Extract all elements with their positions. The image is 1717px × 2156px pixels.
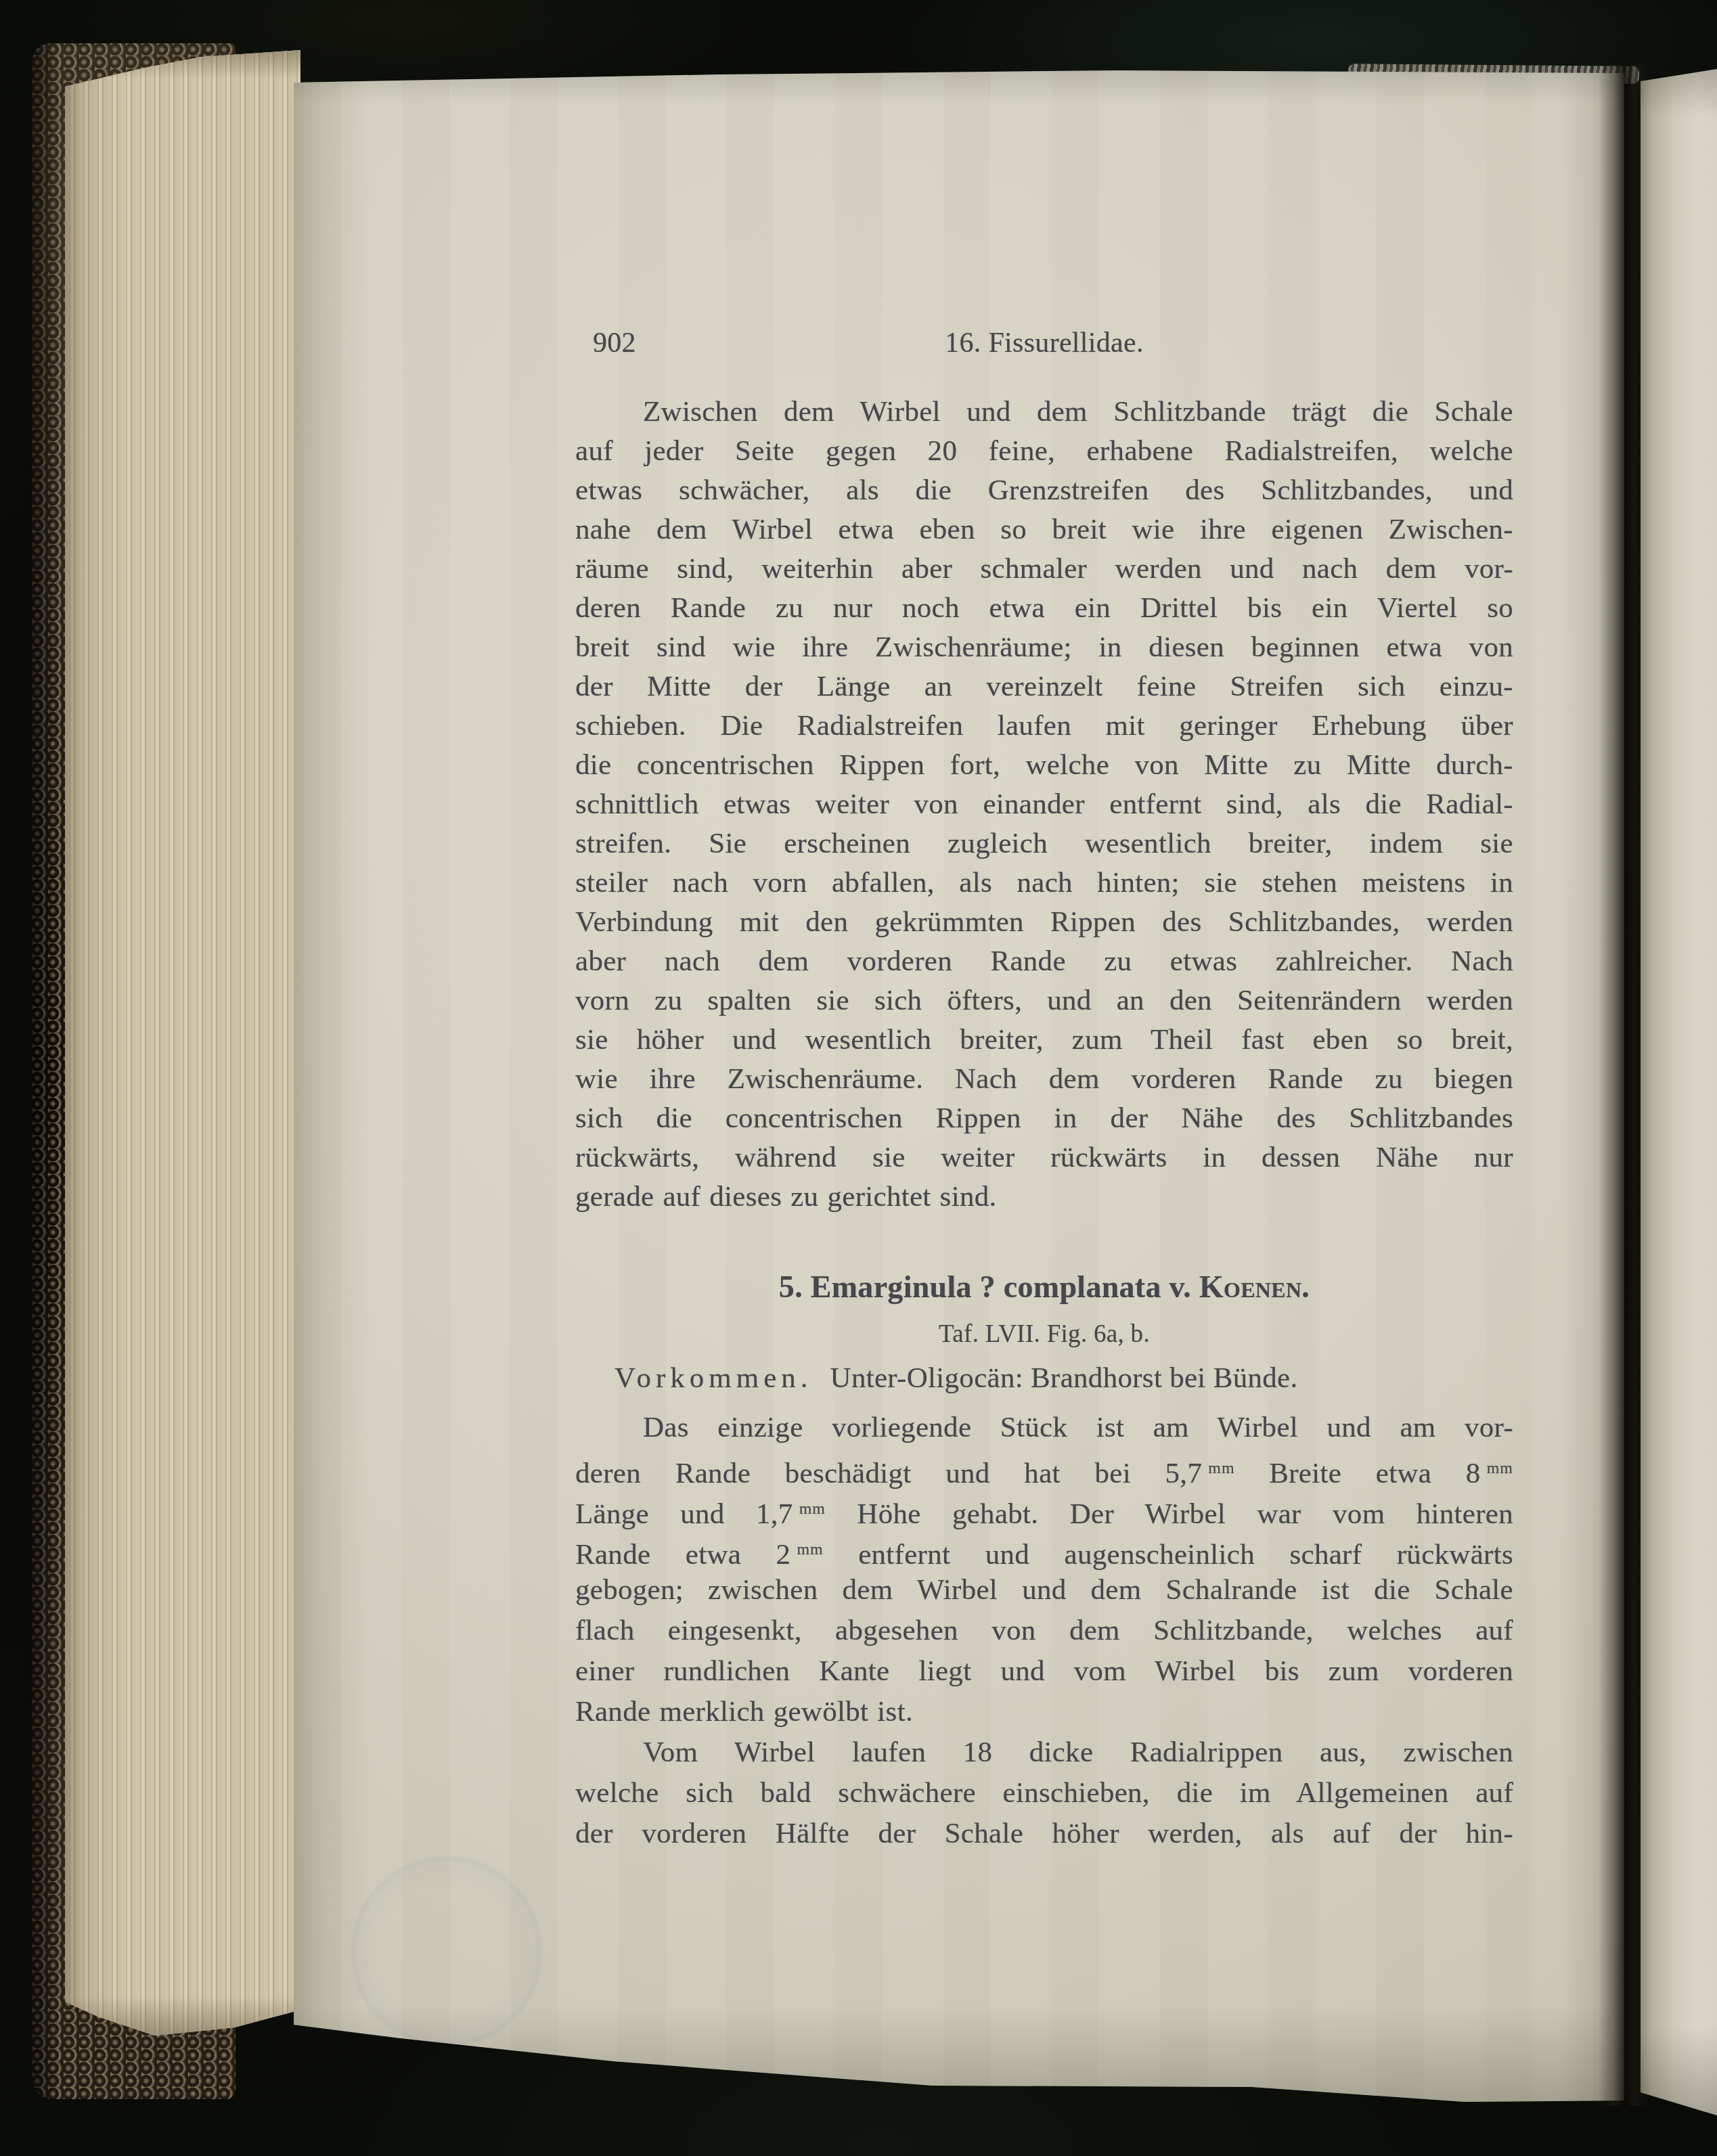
page-fore-edges xyxy=(65,50,300,2037)
text-line: Länge und 1,7mm Höhe gehabt. Der Wirbel … xyxy=(575,1489,1513,1529)
plate-reference: Taf. LVII. Fig. 6a, b. xyxy=(575,1320,1513,1349)
text-line: streifen. Sie erscheinen zugleich wesent… xyxy=(575,824,1513,863)
page-number: 902 xyxy=(593,326,636,360)
text-line: der Mitte der Länge an vereinzelt feine … xyxy=(575,667,1513,706)
text-line: gebogen; zwischen dem Wirbel und dem Sch… xyxy=(575,1570,1513,1611)
text-line: deren Rande beschädigt und hat bei 5,7mm… xyxy=(575,1448,1513,1489)
text-line: vorn zu spalten sie sich öfters, und an … xyxy=(575,981,1513,1020)
text-line: wie ihre Zwischenräume. Nach dem vordere… xyxy=(575,1060,1513,1099)
occurrence-text: Unter-Oligocän: Brandhorst bei Bünde. xyxy=(830,1362,1298,1394)
paragraph-1: Zwischen dem Wirbel und dem Schlitzbande… xyxy=(575,392,1513,1217)
paragraph-3: Vom Wirbel laufen 18 dicke Radialrippen … xyxy=(575,1732,1513,1854)
unit-superscript: mm xyxy=(799,1500,826,1518)
occurrence-line: Vorkommen.Unter-Oligocän: Brandhorst bei… xyxy=(575,1362,1513,1395)
text-line: schieben. Die Radialstreifen laufen mit … xyxy=(575,706,1513,746)
text-line: Rande merklich gewölbt ist. xyxy=(575,1692,1513,1732)
running-head-row: 902 16. Fissurellidae. xyxy=(575,326,1513,360)
text-line: welche sich bald schwächere einschieben,… xyxy=(575,1773,1513,1814)
text-line: auf jeder Seite gegen 20 feine, erhabene… xyxy=(575,432,1513,471)
text-line: etwas schwächer, als die Grenzstreifen d… xyxy=(575,471,1513,510)
text-line: rückwärts, während sie weiter rückwärts … xyxy=(575,1138,1513,1177)
text-line: Rande etwa 2mm entfernt und augenscheinl… xyxy=(575,1529,1513,1570)
text-line: der vorderen Hälfte der Schale höher wer… xyxy=(575,1814,1513,1854)
unit-superscript: mm xyxy=(1208,1460,1234,1477)
text-line: gerade auf dieses zu gerichtet sind. xyxy=(575,1177,1513,1217)
species-heading: 5. Emarginula ? complanata v. Koenen. xyxy=(575,1269,1513,1305)
text-line: sich die concentrischen Rippen in der Nä… xyxy=(575,1099,1513,1138)
text-line: nahe dem Wirbel etwa eben so breit wie i… xyxy=(575,510,1513,549)
text-line: sie höher und wesentlich breiter, zum Th… xyxy=(575,1020,1513,1060)
text-line: flach eingesenkt, abgesehen von dem Schl… xyxy=(575,1611,1513,1651)
text-line: deren Rande zu nur noch etwa ein Drittel… xyxy=(575,589,1513,628)
unit-superscript: mm xyxy=(797,1541,823,1558)
printed-text: 902 16. Fissurellidae. Zwischen dem Wirb… xyxy=(575,0,1513,2156)
text-line: räume sind, weiterhin aber schmaler werd… xyxy=(575,549,1513,589)
text-line: einer rundlichen Kante liegt und vom Wir… xyxy=(575,1651,1513,1692)
text-line: steiler nach vorn abfallen, als nach hin… xyxy=(575,863,1513,903)
running-header: 16. Fissurellidae. xyxy=(575,326,1513,360)
text-line: Verbindung mit den gekrümmten Rippen des… xyxy=(575,903,1513,942)
right-page-edge xyxy=(1641,69,1717,2115)
text-line: breit sind wie ihre Zwischenräume; in di… xyxy=(575,628,1513,667)
text-line: aber nach dem vorderen Rande zu etwas za… xyxy=(575,942,1513,981)
unit-superscript: mm xyxy=(1487,1460,1513,1477)
text-line: die concentrischen Rippen fort, welche v… xyxy=(575,746,1513,785)
occurrence-label: Vorkommen. xyxy=(615,1362,813,1394)
text-line: Zwischen dem Wirbel und dem Schlitzbande… xyxy=(575,392,1513,432)
text-line: schnittlich etwas weiter von einander en… xyxy=(575,785,1513,824)
library-stamp xyxy=(352,1857,541,2046)
species-heading-text: 5. Emarginula ? complanata v. xyxy=(779,1270,1199,1304)
book-photo-scene: 902 16. Fissurellidae. Zwischen dem Wirb… xyxy=(0,0,1717,2156)
species-author: Koenen xyxy=(1199,1270,1301,1304)
text-line: Das einzige vorliegende Stück ist am Wir… xyxy=(575,1408,1513,1448)
paragraph-2: Das einzige vorliegende Stück ist am Wir… xyxy=(575,1408,1513,1732)
text-line: Vom Wirbel laufen 18 dicke Radialrippen … xyxy=(575,1732,1513,1773)
